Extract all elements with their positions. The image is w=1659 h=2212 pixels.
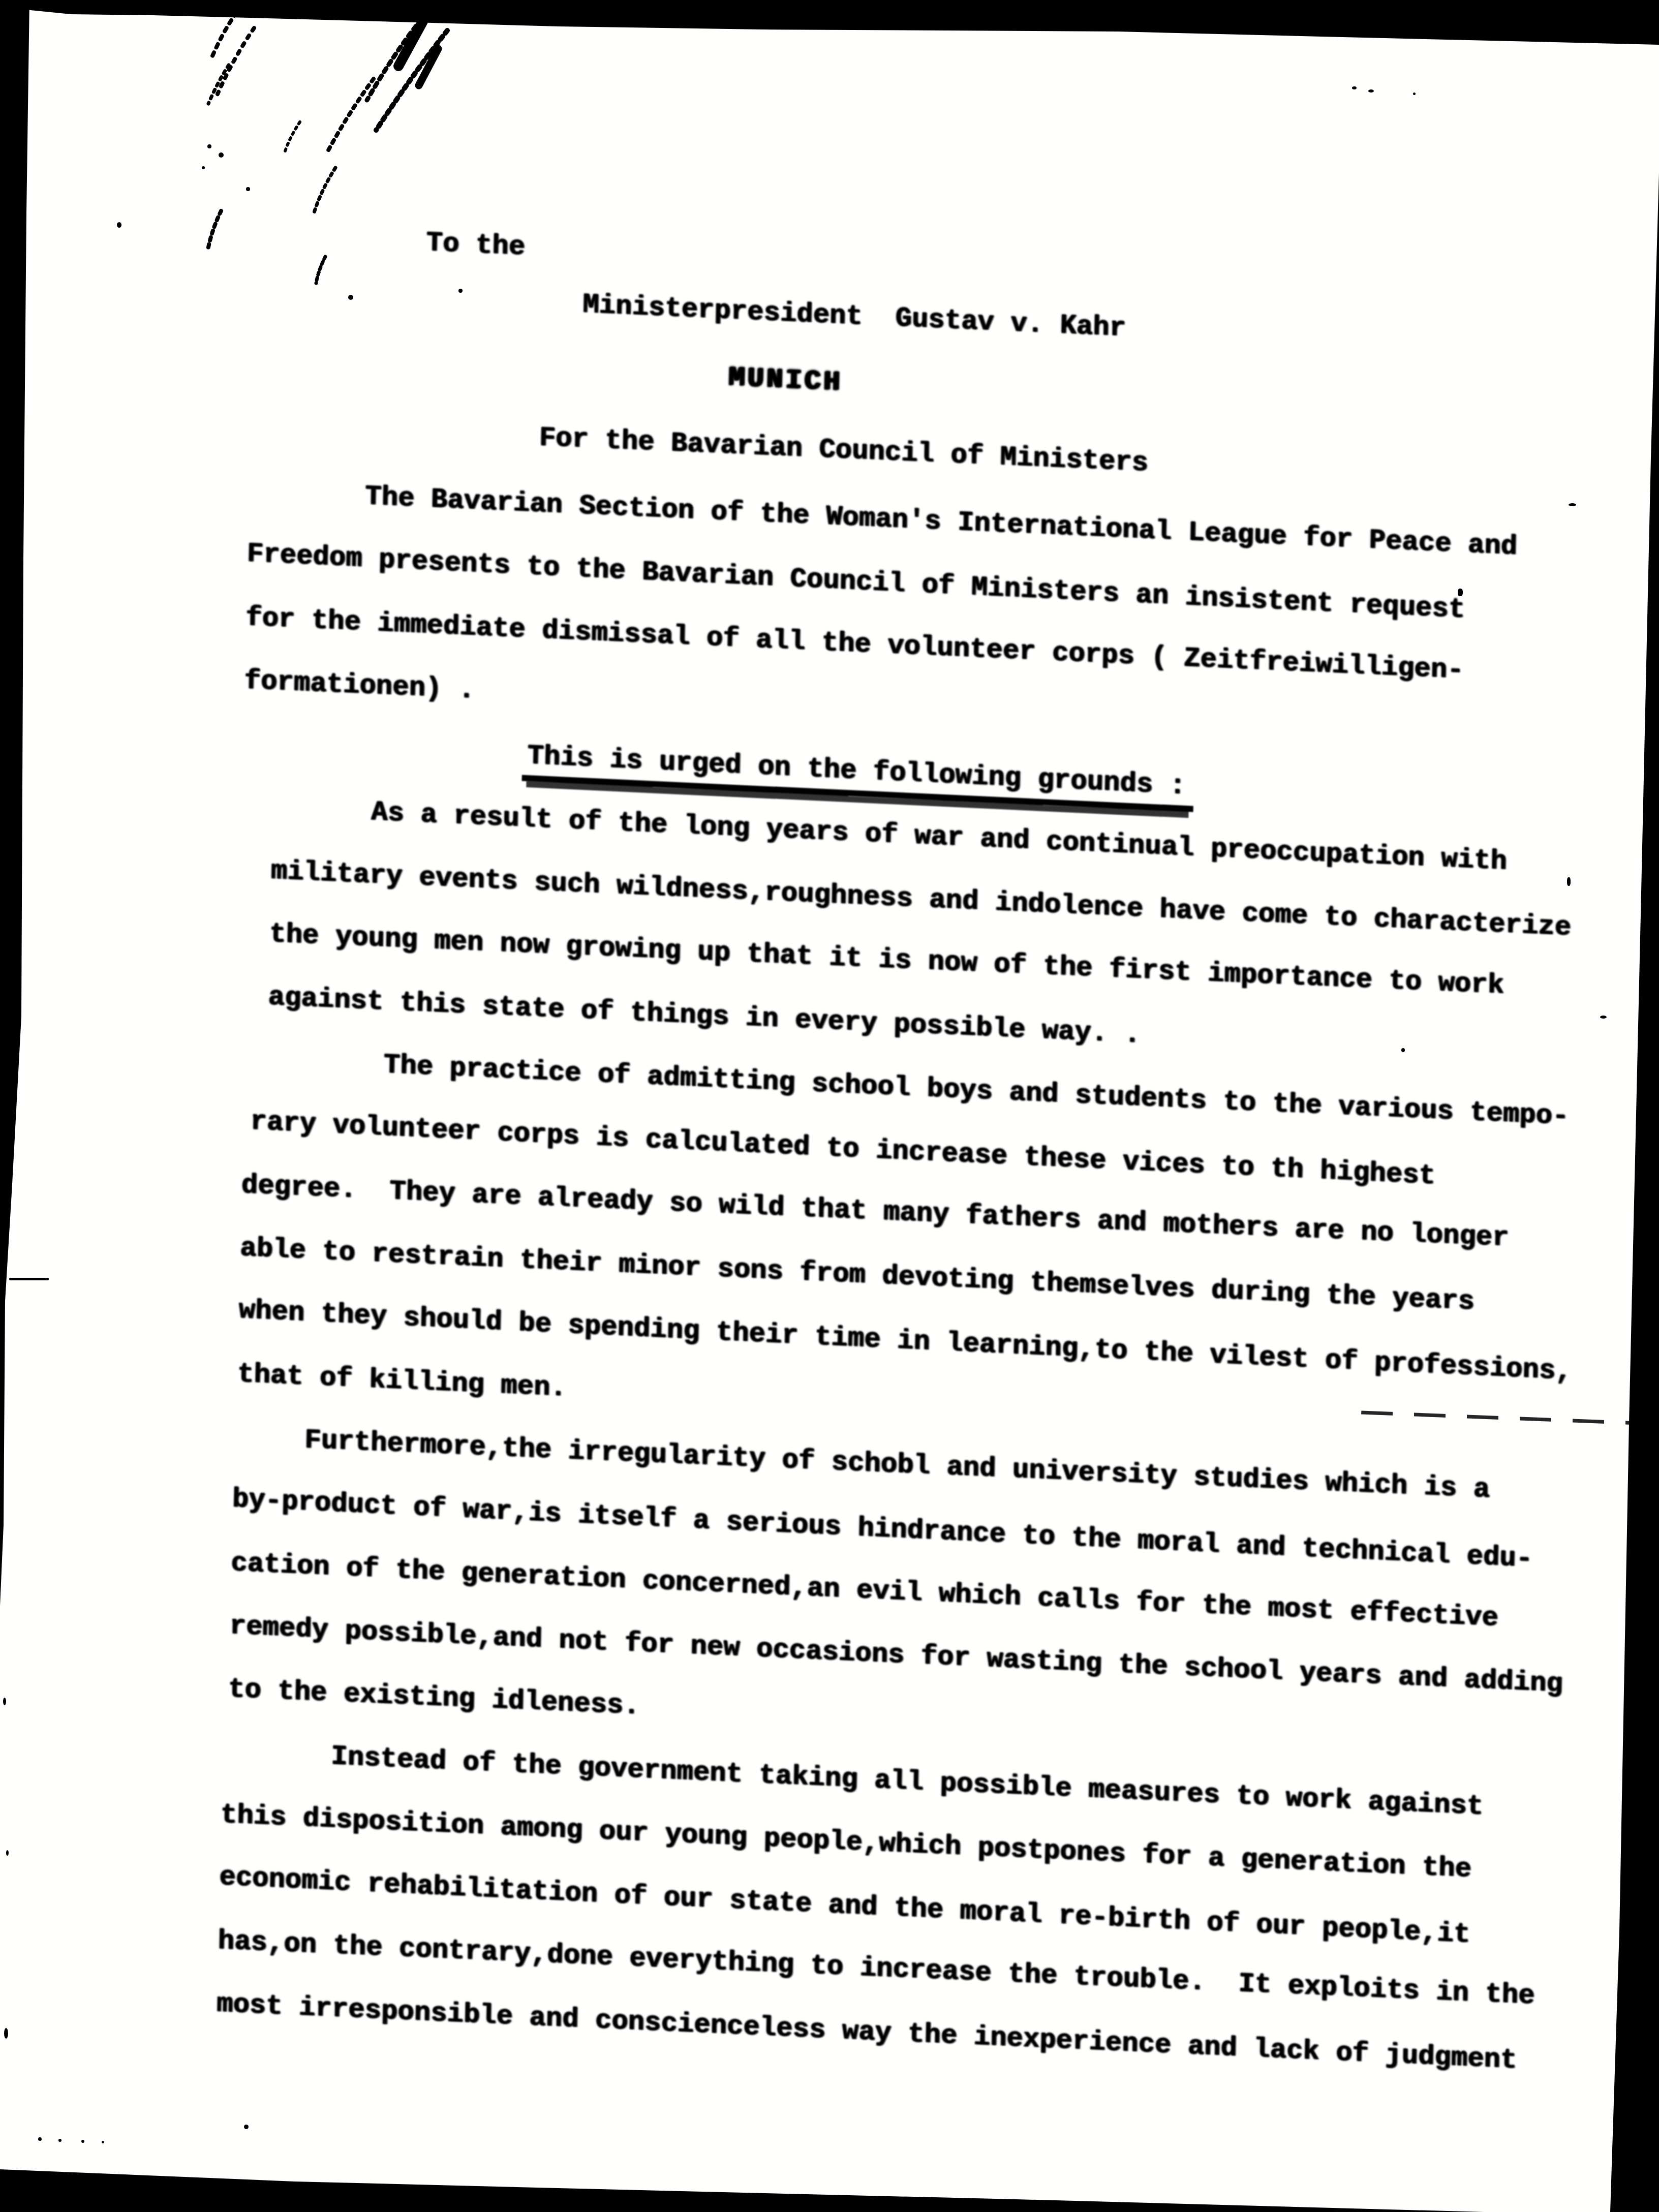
scan-speck [4,2028,8,2039]
scanned-page: To the Ministerpresident Gustav v. Kahr … [0,0,1659,2212]
scan-speck [102,2141,104,2143]
scan-speck [1413,93,1416,95]
scan-speck [58,2139,62,2142]
scan-speck [244,2125,249,2129]
scan-speck [9,1278,49,1280]
scan-speck [38,2137,42,2141]
scan-speck [1352,86,1357,89]
scan-speck [1569,503,1576,506]
scan-speck [3,1698,6,1705]
scan-speck [1368,89,1374,93]
scan-speck [6,1850,9,1856]
scan-speck [81,2140,84,2143]
scan-speck [1600,1016,1607,1019]
scan-speck [1113,322,1117,326]
scan-speck [1401,1048,1405,1052]
scan-speck [1458,589,1463,596]
scan-speck [117,222,121,228]
scan-speck [1567,877,1571,886]
letter-text: To the Ministerpresident Gustav v. Kahr … [216,212,1656,2097]
